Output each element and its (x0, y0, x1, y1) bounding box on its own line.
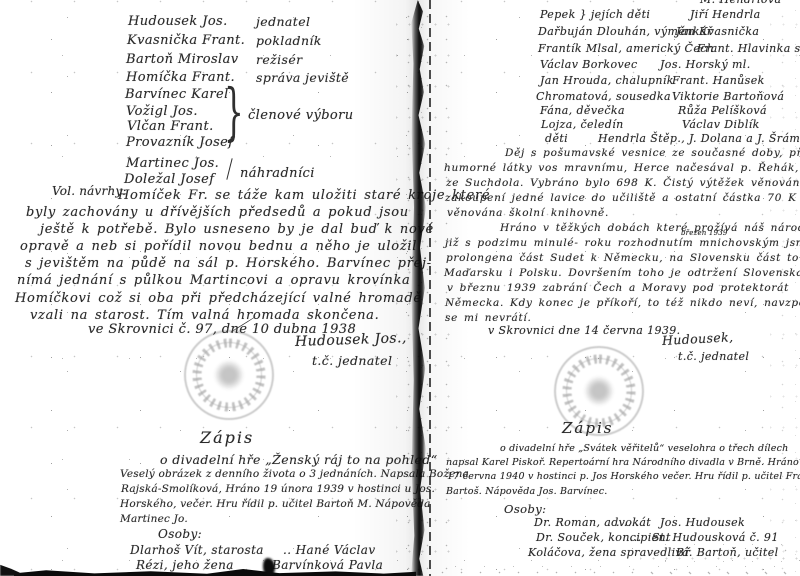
note-line: Maďarsku i Polsku. Dovršením toho je odt… (444, 267, 800, 279)
zapis-line: 17 června 1940 v hostinci p. Jos Horskéh… (447, 471, 800, 482)
note-line: Německa. Kdy konec je příkoří, to též ni… (445, 297, 800, 309)
scanned-minutes-book-spread: Hudousek Jos. jednatel Kvasnička Frant. … (0, 0, 800, 576)
bottom-speckle-noise (430, 556, 800, 576)
interline-note: březen 1939 (681, 229, 728, 237)
committee-name: Vožigl Jos. (126, 104, 198, 119)
minutes-line: opravě a neb si pořídil novou bednu a ně… (20, 239, 417, 254)
stamp-emblem (584, 376, 614, 406)
cast-role: Václav Borkovec (540, 58, 638, 71)
signature-title: t.č. jednatel (678, 350, 749, 363)
cast-actor: Hendrla Štěp., J. Dolana a J. Šrám (598, 132, 800, 145)
minutes-line: byly zachovány u dřívějších předsedů a p… (26, 205, 409, 220)
cast-role: Chromatová, sousedka (536, 90, 671, 103)
committee-role: jednatel (256, 14, 310, 29)
committee-name: Homíčka Frant. (126, 70, 235, 85)
committee-name: Provazník Josef (126, 135, 234, 150)
committee-name: Hudousek Jos. (128, 14, 228, 29)
cast-actor: Růža Pelíšková (678, 104, 767, 117)
circular-official-stamp-icon (184, 330, 274, 420)
cast-actor: Bř. Bartoň, učitel (676, 546, 779, 559)
zapis-heading: Zápis (200, 428, 254, 447)
ink-blob (263, 558, 275, 576)
cast-role: Pepek } jejích děti (540, 8, 650, 21)
report-line: zakoupení jedné lavice do učiliště a ost… (445, 192, 797, 204)
signature: Hudousek, (662, 329, 734, 348)
signature: Hudousek Jos., (295, 330, 407, 350)
margin-note: Vol. návrhy: (52, 184, 127, 198)
zapis-line: Bartoš. Nápověda Jos. Barvínec. (446, 486, 607, 497)
book-gutter-line (429, 0, 431, 576)
cast-actor: Jiří Hendrla (690, 8, 761, 21)
cast-dots: ...... (616, 516, 639, 529)
cast-role: Fána, děvečka (540, 104, 625, 117)
committee-name: Kvasnička Frant. (127, 33, 245, 48)
committee-role: režisér (256, 52, 303, 67)
note-line: prolongena část Sudet k Německu, na Slov… (446, 252, 799, 264)
zapis-heading: Zápis (562, 419, 613, 437)
report-line: ze Suchdola. Vybráno bylo 698 K. Čistý v… (446, 177, 800, 189)
cast-actor: St. Hudousková č. 91 (652, 531, 779, 544)
zapis-subtitle: o divadelní hře „Ženský ráj to na pohled… (160, 452, 438, 467)
cast-role: Frantík Mlsal, americký Čech (538, 42, 714, 55)
committee-role: pokladník (256, 33, 322, 48)
report-line: humorné látky vos mravnímu, Herce načesá… (444, 162, 800, 174)
minutes-line: vzali na starost. Tím valná hromada skon… (30, 308, 379, 323)
cast-role: Dlarhoš Vít, starosta (130, 543, 264, 557)
minutes-line: nímá jednání s půlkou Martincovi a oprav… (17, 273, 410, 288)
zapis-line: napsal Karel Piskoř. Repertoární hra Nár… (446, 457, 799, 468)
cast-actor: Barvínková Pavla (272, 558, 383, 572)
osoby-label: Osoby: (158, 527, 202, 541)
scan-corner-blot (0, 560, 20, 576)
stamp-emblem (214, 360, 244, 390)
committee-name: Vlčan Frant. (127, 119, 214, 134)
note-line: Hráno v těžkých dobách které prožívá náš… (500, 222, 800, 234)
committee-name: Barvínec Karel (125, 87, 229, 102)
cast-actor: Václav Diblík (682, 118, 760, 131)
cast-actor: Frant. Hlavinka st. (697, 42, 800, 55)
minutes-line: Homíček Fr. se táže kam uložiti staré kr… (118, 188, 490, 203)
note-line: se mi nevrátí. (445, 312, 532, 324)
cast-dots: ..... (622, 531, 641, 544)
cast-role: Lojza, čeledín (541, 118, 624, 131)
date-line: v Skrovnici dne 14 června 1939. (488, 324, 681, 337)
cast-actor-fragment: M. Hendrlová (700, 0, 781, 6)
cast-role: Rézi, jeho žena (136, 558, 234, 572)
cast-actor: Frant. Hanůsek (672, 74, 765, 87)
cast-actor: Jos. Horský ml. (660, 58, 751, 71)
cast-role: Koláčova, žena spravedlivá (528, 546, 689, 559)
zapis-line: Horského, večer. Hru řídil p. učitel Bar… (120, 498, 431, 510)
cast-role: děti (545, 132, 568, 145)
cast-role: Jan Hrouda, chalupník (540, 74, 674, 87)
zapis-line: Rajská-Smolíková, Hráno 19 února 1939 v … (121, 483, 435, 495)
report-line: věnována školní knihovně. (447, 207, 609, 219)
minutes-line: Homíčkovi což si oba při předcházející v… (15, 291, 422, 306)
committee-role: správa jeviště (256, 70, 349, 85)
committee-name: Doležal Josef (124, 172, 214, 187)
committee-brace-label: členové výboru (248, 108, 354, 123)
committee-name: Martinec Jos. (126, 156, 219, 171)
minutes-line: ještě k potřebě. Bylo usneseno by je dal… (40, 222, 434, 237)
zapis-subtitle: o divadelní hře „Svátek věřitelů“ veselo… (500, 443, 788, 454)
cast-actor: .. Hané Václav (283, 543, 376, 557)
substitutes-brace (226, 158, 232, 180)
note-line: již s podzimu minulé- roku rozhodnutím m… (445, 237, 800, 249)
committee-name: Bartoň Miroslav (126, 52, 239, 67)
substitutes-label: náhradníci (240, 166, 315, 181)
cast-role: Dr. Souček, koncipient (536, 531, 671, 544)
minutes-line: s jevištěm na půdě na sál p. Horského. B… (25, 256, 432, 271)
zapis-line: Martinec Jo. (120, 513, 188, 525)
report-line: Děj s pošumavské vesnice ze současné dob… (505, 147, 800, 159)
note-line: v březnu 1939 zabrání Čech a Moravy pod … (447, 282, 789, 294)
cast-actor: Jos. Hudousek (660, 516, 745, 529)
signature-title: t.č. jednatel (312, 353, 392, 368)
committee-brace: } (224, 82, 244, 142)
osoby-label: Osoby: (504, 502, 546, 516)
cast-actor: Viktorie Bartoňová (672, 90, 784, 103)
cast-actor: Jan Kvasnička (676, 25, 759, 38)
